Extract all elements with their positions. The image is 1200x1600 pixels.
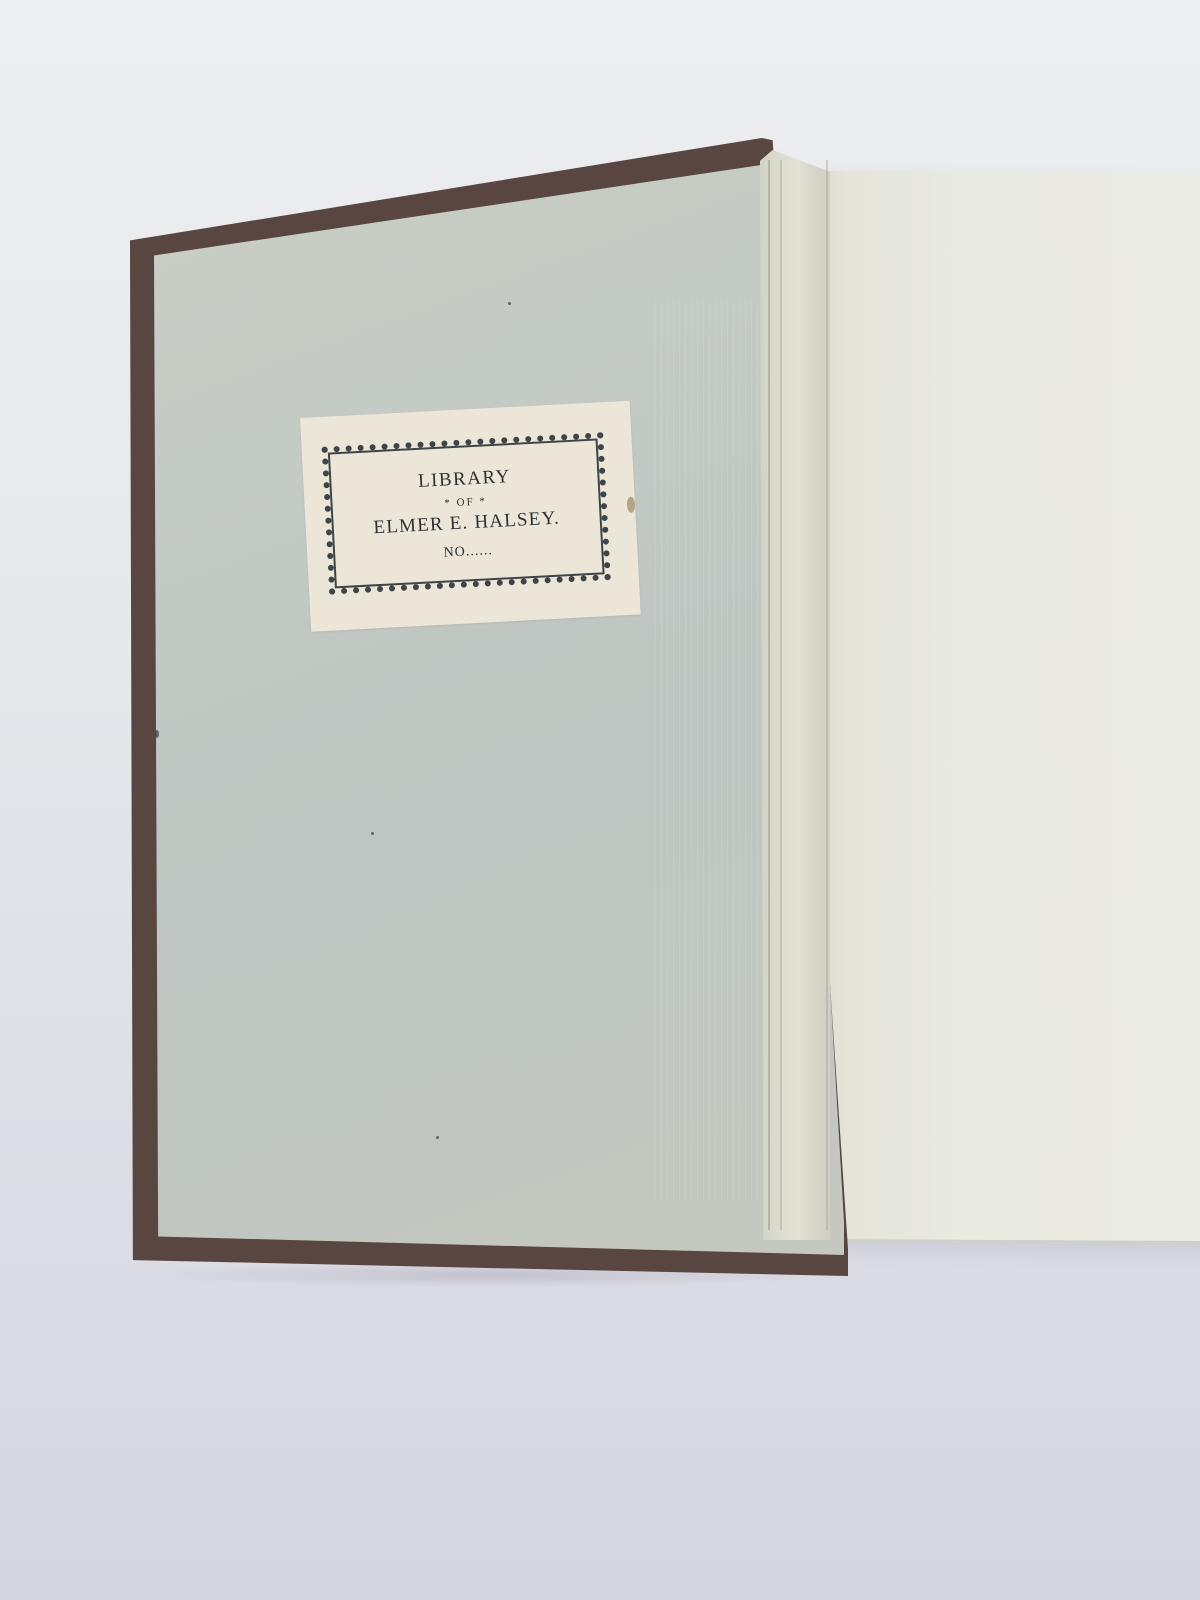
paper-texture (650, 300, 770, 1200)
paper-speck (508, 302, 511, 305)
bookplate-owner-name: ELMER E. HALSEY. (373, 508, 561, 540)
hinge-crease (780, 160, 782, 1230)
hinge-crease (768, 160, 770, 1230)
photo-scene: LIBRARY * OF * ELMER E. HALSEY. NO...... (0, 0, 1200, 1600)
bookplate-label: LIBRARY * OF * ELMER E. HALSEY. NO...... (300, 401, 641, 632)
bookplate-of-line: * OF * (444, 495, 487, 509)
bookplate-stain (627, 497, 636, 513)
hinge-crease (826, 160, 828, 1230)
paper-speck (436, 1136, 439, 1139)
right-page-leaf (790, 171, 1200, 1243)
paper-speck (371, 832, 374, 835)
bookplate-text-block: LIBRARY * OF * ELMER E. HALSEY. NO...... (322, 432, 611, 595)
bookplate-number-field: NO...... (443, 543, 493, 562)
book-hinge-gutter (760, 150, 830, 1240)
paper-speck (155, 730, 159, 738)
bookplate-library-heading: LIBRARY (417, 466, 511, 493)
